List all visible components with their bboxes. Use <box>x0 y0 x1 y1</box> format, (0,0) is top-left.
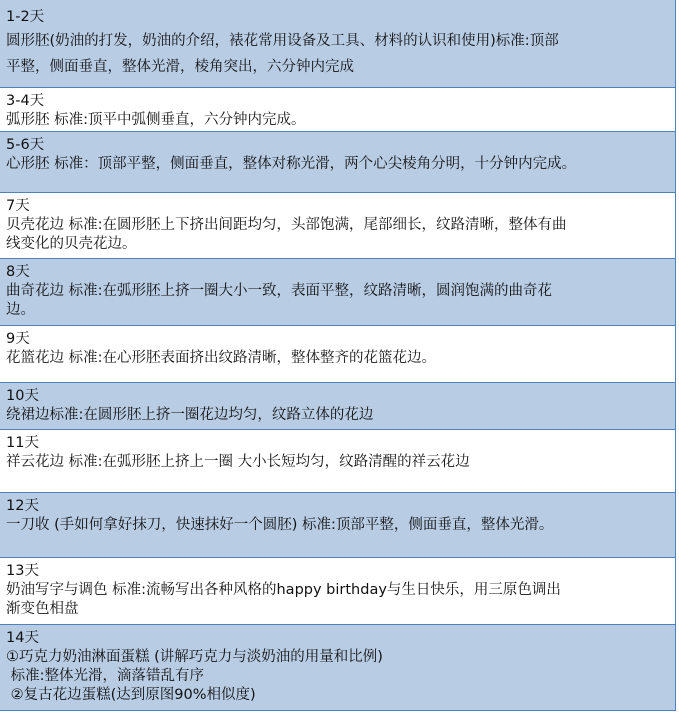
standard-text: 祥云花边 标准:在弧形胚上挤上一圈 大小长短均匀，纹路清醒的祥云花边 <box>6 453 669 472</box>
schedule-row-day-10: 10天 绕裙边标准:在圆形胚上挤一圈花边均匀，纹路立体的花边 <box>0 382 675 429</box>
day-label: 8天 <box>6 263 669 282</box>
schedule-row-day-5-6: 5-6天 心形胚 标准：顶部平整，侧面垂直，整体对称光滑，两个心尖棱角分明，十分… <box>0 131 675 192</box>
day-label: 12天 <box>6 497 669 516</box>
standard-text: 渐变色相盘 <box>6 600 669 619</box>
standard-text: 绕裙边标准:在圆形胚上挤一圈花边均匀，纹路立体的花边 <box>6 406 669 425</box>
training-schedule-table: 1-2天 圆形胚(奶油的打发，奶油的介绍，裱花常用设备及工具、材料的认识和使用)… <box>0 0 676 711</box>
schedule-row-day-14: 14天 ①巧克力奶油淋面蛋糕 (讲解巧克力与淡奶油的用量和比例) 标准:整体光滑… <box>0 624 675 710</box>
day-label: 13天 <box>6 562 669 581</box>
standard-text: 曲奇花边 标准:在弧形胚上挤一圈大小一致，表面平整，纹路清晰，圆润饱满的曲奇花 <box>6 282 669 301</box>
schedule-row-day-8: 8天 曲奇花边 标准:在弧形胚上挤一圈大小一致，表面平整，纹路清晰，圆润饱满的曲… <box>0 258 675 325</box>
day-label: 3-4天 <box>6 92 669 111</box>
standard-text: 边。 <box>6 301 669 320</box>
schedule-row-day-12: 12天 一刀收 (手如何拿好抹刀，快速抹好一个圆胚) 标准:顶部平整，侧面垂直，… <box>0 492 675 557</box>
day-label: 9天 <box>6 330 669 349</box>
schedule-row-day-1-2: 1-2天 圆形胚(奶油的打发，奶油的介绍，裱花常用设备及工具、材料的认识和使用)… <box>0 0 675 87</box>
standard-text: 心形胚 标准：顶部平整，侧面垂直，整体对称光滑，两个心尖棱角分明，十分钟内完成。 <box>6 155 669 174</box>
standard-text: 一刀收 (手如何拿好抹刀，快速抹好一个圆胚) 标准:顶部平整，侧面垂直，整体光滑… <box>6 516 669 535</box>
standard-text: 奶油写字与调色 标准:流畅写出各种风格的happy birthday与生日快乐，… <box>6 581 669 600</box>
schedule-row-day-11: 11天 祥云花边 标准:在弧形胚上挤上一圈 大小长短均匀，纹路清醒的祥云花边 <box>0 429 675 492</box>
standard-text: 花篮花边 标准:在心形胚表面挤出纹路清晰，整体整齐的花篮花边。 <box>6 349 669 368</box>
schedule-row-day-13: 13天 奶油写字与调色 标准:流畅写出各种风格的happy birthday与生… <box>0 557 675 624</box>
day-label: 1-2天 <box>6 6 669 28</box>
day-label: 14天 <box>6 629 669 648</box>
schedule-row-day-9: 9天 花篮花边 标准:在心形胚表面挤出纹路清晰，整体整齐的花篮花边。 <box>0 325 675 382</box>
standard-text: 弧形胚 标准:顶平中弧侧垂直，六分钟内完成。 <box>6 111 669 130</box>
day-label: 7天 <box>6 197 669 216</box>
day-label: 10天 <box>6 387 669 406</box>
standard-text: 标准:整体光滑，滴落错乱有序 <box>6 667 669 686</box>
standard-text: 贝壳花边 标准:在圆形胚上下挤出间距均匀，头部饱满，尾部细长，纹路清晰，整体有曲 <box>6 216 669 235</box>
standard-text: ②复古花边蛋糕(达到原图90%相似度) <box>6 686 669 705</box>
standard-text: 圆形胚(奶油的打发，奶油的介绍，裱花常用设备及工具、材料的认识和使用)标准:顶部 <box>6 28 669 54</box>
standard-text: ①巧克力奶油淋面蛋糕 (讲解巧克力与淡奶油的用量和比例) <box>6 648 669 667</box>
standard-text: 线变化的贝壳花边。 <box>6 235 669 254</box>
standard-text: 平整，侧面垂直，整体光滑，棱角突出，六分钟内完成 <box>6 54 669 80</box>
schedule-row-day-7: 7天 贝壳花边 标准:在圆形胚上下挤出间距均匀，头部饱满，尾部细长，纹路清晰，整… <box>0 192 675 258</box>
schedule-row-day-3-4: 3-4天 弧形胚 标准:顶平中弧侧垂直，六分钟内完成。 <box>0 87 675 131</box>
day-label: 11天 <box>6 434 669 453</box>
day-label: 5-6天 <box>6 136 669 155</box>
